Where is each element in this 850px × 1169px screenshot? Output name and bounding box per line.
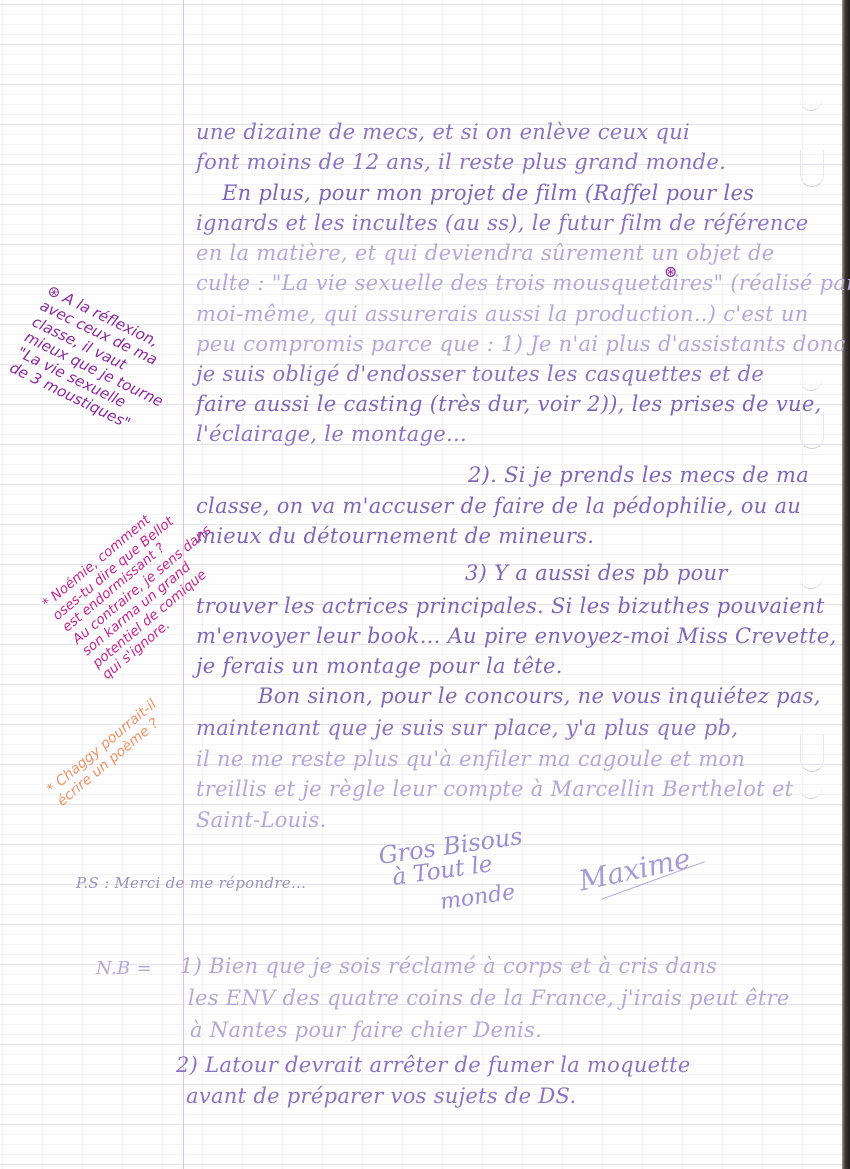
nb-line: à Nantes pour faire chier Denis. [190, 1018, 542, 1042]
body-line: Saint-Louis. [196, 808, 327, 832]
body-line: Bon sinon, pour le concours, ne vous inq… [258, 684, 821, 708]
body-line: trouver les actrices principales. Si les… [196, 594, 825, 618]
asterisk-marker-icon: ⊛ [664, 262, 677, 281]
nb-label: N.B = [96, 958, 152, 979]
postscript: P.S : Merci de me répondre... [76, 874, 306, 892]
body-line: il ne me reste plus qu'à enfiler ma cago… [196, 747, 745, 771]
nb-line: avant de préparer vos sujets de DS. [186, 1084, 576, 1108]
nb-line: les ENV des quatre coins de la France, j… [188, 986, 790, 1010]
punch-hole [800, 735, 824, 772]
body-line: culte : "La vie sexuelle des trois mousq… [196, 271, 850, 295]
body-line: treillis et je règle leur compte à Marce… [196, 777, 793, 801]
body-line: 3) Y a aussi des pb pour [465, 561, 728, 585]
body-line: je suis obligé d'endosser toutes les cas… [196, 362, 764, 386]
body-line: classe, on va m'accuser de faire de la p… [196, 494, 801, 518]
punch-hole [800, 412, 824, 449]
body-line: en la matière, et qui deviendra sûrement… [196, 241, 774, 265]
body-line: faire aussi le casting (très dur, voir 2… [196, 392, 822, 416]
body-line: ignards et les incultes (au ss), le futu… [196, 211, 809, 235]
page-edge-shadow [842, 0, 850, 1169]
body-line: mieux du détournement de mineurs. [196, 524, 594, 548]
nb-line: 1) Bien que je sois réclamé à corps et à… [180, 954, 717, 978]
punch-hole [800, 150, 824, 187]
body-line: moi-même, qui assurerais aussi la produc… [196, 302, 809, 326]
body-line: l'éclairage, le montage... [196, 422, 467, 446]
body-line: En plus, pour mon projet de film (Raffel… [222, 181, 754, 205]
body-line: une dizaine de mecs, et si on enlève ceu… [196, 120, 690, 144]
body-line: font moins de 12 ans, il reste plus gran… [196, 150, 726, 174]
body-line: m'envoyer leur book... Au pire envoyez-m… [196, 624, 837, 648]
body-line: maintenant que je suis sur place, y'a pl… [196, 716, 738, 740]
body-line: 2). Si je prends les mecs de ma [468, 463, 809, 487]
body-line: peu compromis parce que : 1) Je n'ai plu… [196, 332, 846, 356]
nb-line: 2) Latour devrait arrêter de fumer la mo… [176, 1053, 691, 1077]
body-line: je ferais un montage pour la tête. [196, 654, 563, 678]
